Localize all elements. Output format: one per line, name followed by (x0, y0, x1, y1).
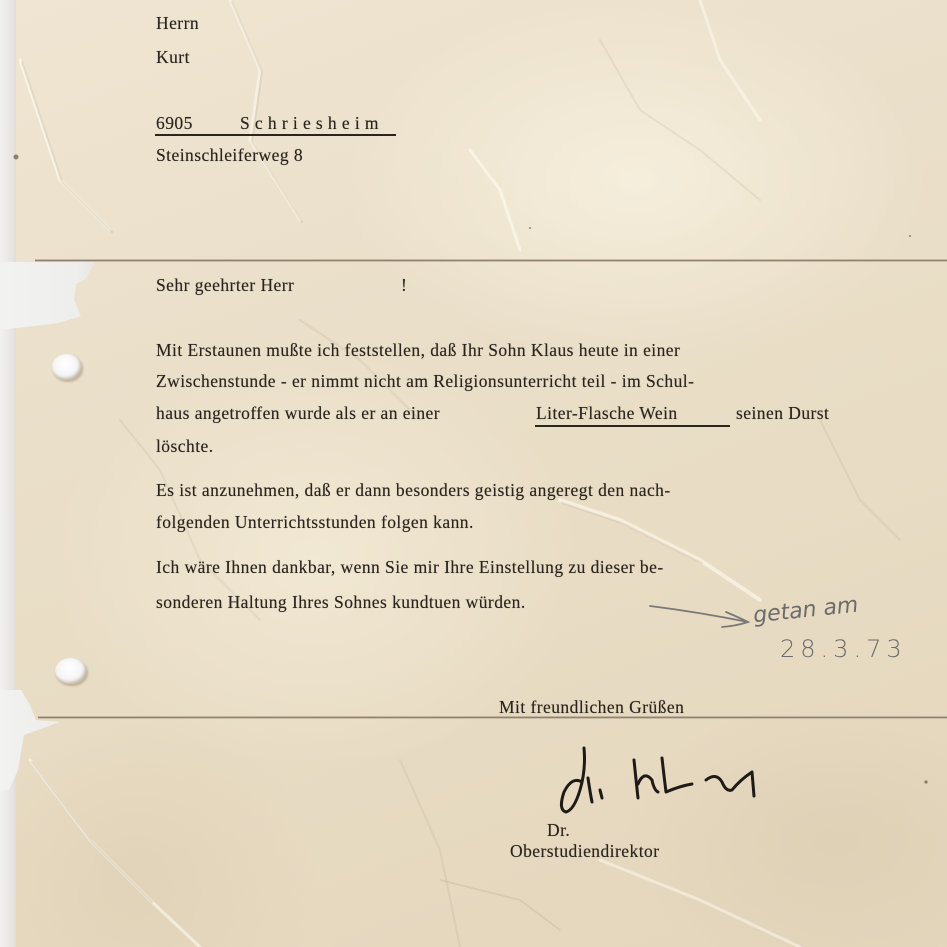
annotation-date: 28.3.73 (780, 635, 907, 663)
paragraph3-line1: Ich wäre Ihnen dankbar, wenn Sie mir Ihr… (156, 557, 664, 578)
recipient-name: Kurt (156, 47, 190, 68)
closing: Mit freundlichen Grüßen (499, 697, 684, 718)
paper-sheet (16, 0, 947, 947)
paragraph1-line2: Zwischenstunde - er nimmt nicht am Relig… (156, 371, 694, 392)
city-underline (155, 134, 396, 136)
fold-line-lower (38, 716, 947, 719)
scanned-letter: Herrn Kurt 6905 Schriesheim Steinschleif… (0, 0, 947, 947)
arrow-right-icon (648, 600, 758, 630)
paragraph1-line1: Mit Erstaunen mußte ich feststellen, daß… (156, 340, 680, 361)
signature-title: Dr. (547, 820, 570, 841)
recipient-street: Steinschleiferweg 8 (156, 145, 303, 166)
phrase-underline (535, 425, 730, 427)
greeting-exclamation: ! (401, 275, 407, 296)
paragraph1-line3-tail: seinen Durst (736, 403, 829, 424)
punch-hole-upper (52, 354, 82, 380)
signature-position: Oberstudiendirektor (510, 841, 659, 862)
recipient-postal-code: 6905 (156, 113, 193, 134)
paragraph3-line2: sonderen Haltung Ihres Sohnes kundtuen w… (156, 592, 526, 613)
greeting: Sehr geehrter Herr (156, 275, 294, 296)
signature (556, 740, 786, 820)
paragraph2-line1: Es ist anzunehmen, daß er dann besonders… (156, 480, 671, 501)
paragraph2-line2: folgenden Unterrichtsstunden folgen kann… (156, 512, 474, 533)
recipient-salutation: Herrn (156, 13, 199, 34)
recipient-city: Schriesheim (240, 113, 384, 134)
underlined-phrase: Liter-Flasche Wein (536, 403, 678, 424)
punch-hole-lower (55, 658, 87, 684)
paragraph1-line4: löschte. (156, 436, 214, 457)
fold-line-upper (35, 259, 947, 262)
paragraph1-line3: haus angetroffen wurde als er an einer (156, 403, 440, 424)
